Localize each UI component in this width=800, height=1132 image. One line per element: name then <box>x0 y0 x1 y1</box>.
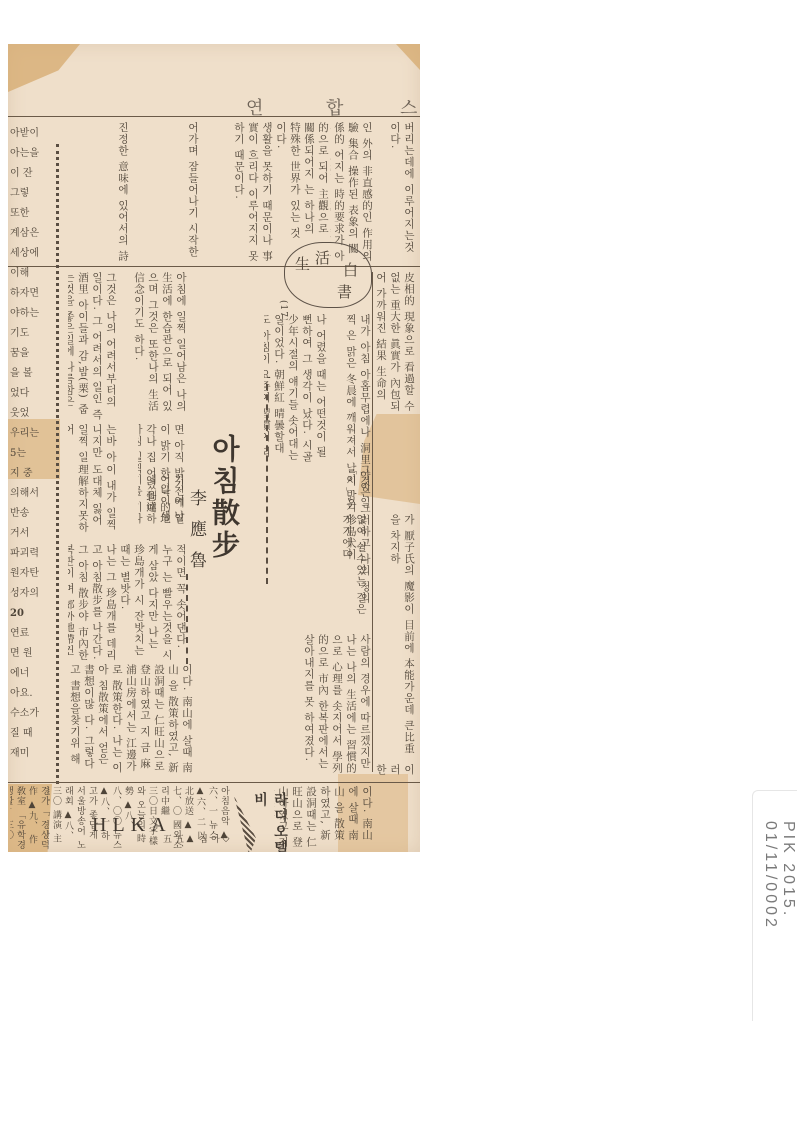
radio-entries-right: 아침음악 ▲六、一 뉴스 ▲六、二 以北放送 ▲七、〇 國외소리中繼 <box>158 786 230 850</box>
fragment: 아받이 <box>10 124 54 144</box>
tape-top-right <box>396 44 420 70</box>
fragment: 그렇 <box>10 184 54 204</box>
badge-char: 書 <box>337 281 352 302</box>
left-edge-fragments: 아받이 아는을 이 잔 그렇 또한 계삼은 세상에 이해 하자면 야하는 기도 … <box>10 124 54 784</box>
fragment: 아는을 <box>10 144 54 164</box>
fragment: 세상에 <box>10 244 54 264</box>
masthead-char: 연 <box>246 94 265 120</box>
section-rule <box>8 782 420 783</box>
column-text: 이다. 南山에 살때 南山 을 散策하였고, 新設洞때는 仁旺山으로 登山하였고… <box>274 786 374 850</box>
article-title: 아침散步 <box>204 434 244 562</box>
column-text: 버리는데에 이루어지는것이다. <box>374 122 416 262</box>
radio-entry: 三〇日文字樣와 오늘의 時勢 ▲八、 <box>123 786 157 846</box>
fragment: 을 볼 <box>10 364 54 384</box>
column-text: 사람의 경우에 따르겠지만 나는 나의 生活에는 習慣的으로 心理를 솟지어서 … <box>196 634 372 774</box>
fragment: 면 원 <box>10 644 54 664</box>
column-text: 는바 아니지만 일찍 일어 <box>68 424 118 464</box>
fragment: 우리는 <box>10 424 54 444</box>
fragment: 5는 <box>10 444 54 464</box>
column-text: 진정한 意味에 있어서의 詩 <box>66 122 130 262</box>
fragment: 원자탄 <box>10 564 54 584</box>
tape-top-left <box>8 44 80 92</box>
column-text: 인 外의 非直感的인 作用의 驗 集合 操作된 表象의 關係的 어지는 時的要求… <box>330 122 374 262</box>
fragment: 질 때 <box>10 724 54 744</box>
badge-char: 白 <box>343 259 358 280</box>
column-text: 없이 쉴수있는 길은 거기에다 <box>308 514 368 624</box>
fragment: 연료 <box>10 624 54 644</box>
column-text: 的으로 되어 主觀으로 關係되어지 는 하나의 特殊한 世界가 있는 것이다. <box>276 122 330 242</box>
fragment: 20 <box>10 604 54 624</box>
fragment: 파괴력 <box>10 544 54 564</box>
column-border-dotted <box>56 144 63 784</box>
radio-entries-left: 경가「 경상덕作 ▲九、 作敎室 「유학경생활」 三〇 方 연속극 「세 <box>10 786 50 850</box>
newspaper-clipping: 연 합 스 버리는데에 이루어지는것이다. 인 外의 非直感的인 作用의 驗 集… <box>8 44 420 852</box>
article-title-block: 아침散步 李應魯 <box>184 434 258 634</box>
column-text: 이다. 南山에 살때 南山 을 散策하였고, 新設洞때는 仁旺山으로 登山하였고… <box>68 664 194 774</box>
fragment: 재미 <box>10 744 54 764</box>
fragment: 기도 <box>10 324 54 344</box>
archive-label-text: PIK 2015. 01/11/0002 <box>761 821 797 1021</box>
column-text: 적이면 꼭 솟어댄다. 누구 는 빨우는것을 시게 삼았 다지만 나는 珍島개가… <box>118 544 188 664</box>
column-text: 어가며 잠들어나기 시작한 <box>132 122 200 262</box>
archive-label: PIK 2015. 01/11/0002 <box>752 790 797 1021</box>
fragment: 지 중 <box>10 464 54 484</box>
fragment: 또한 <box>10 204 54 224</box>
fragment: 수소가 <box>10 704 54 724</box>
column-text: 나 어렸을 때는 어떤것이 될뻔하여 그 생각이 났다. 시골 少年시절의 얘기… <box>264 314 328 464</box>
column-text: 그것은 나의 어려서부터의 일이다. 그 어려서의 일인 즉 酒里 아이들과 감… <box>68 272 118 422</box>
column-text: 가 厭子氏의 魔影이 目前에 本能가운데 큰比重을 차지하 <box>376 514 416 764</box>
column-text: 이 내가 일찍 도대체 잃어 理解하지못하 <box>68 464 118 534</box>
fragment: 꿈을 <box>10 344 54 364</box>
column-text: 아침에 일찍 일어남은 나의 生活에 한습관으로 되어 있으며 그것은 또한나의… <box>118 272 188 422</box>
column-rule <box>372 272 373 772</box>
column-badge-life-white-paper: 生 活 白 書 <box>284 242 372 308</box>
badge-char: 活 <box>315 247 330 268</box>
fragment: 이 잔 <box>10 164 54 184</box>
fragment: 하자면 <box>10 284 54 304</box>
masthead-char: 스 <box>400 94 419 120</box>
column-text: 이러한境遇에 나는 人間의 <box>374 764 416 784</box>
fragment: 반송 <box>10 504 54 524</box>
fragment: 었다 <box>10 384 54 404</box>
fragment: 야하는 <box>10 304 54 324</box>
fragment: 성자의 <box>10 584 54 604</box>
fragment: 거서 <box>10 524 54 544</box>
masthead-char: 합 <box>326 94 345 120</box>
masthead: 연 합 스 <box>8 96 420 117</box>
column-text: 皮相的 現象으로 看過할 수없는 重大한 眞實가 內包되어 가까워진 結果 生命… <box>376 272 416 412</box>
column-text: 기전에 일어나 的地에 到達하 기를 기다리곤 났다. <box>138 474 186 534</box>
radio-tv-logo: 라디오텔레비 <box>234 792 270 852</box>
column-text: 생활을 못하기 때문이나 事實이 흐리다 이루어지지 못하기 때문이다. <box>202 122 274 262</box>
fragment: 웃었 <box>10 404 54 424</box>
badge-char: 生 <box>295 253 310 274</box>
radio-entries-middle: 三〇日文字樣와 오늘의 時勢 ▲八、 八、〇〇 뉴스 ▲八、一 하고가 좋답게 … <box>48 786 158 850</box>
fragment: 이해 <box>10 264 54 284</box>
fragment: 계삼은 <box>10 224 54 244</box>
fragment: 의해서 <box>10 484 54 504</box>
fragment: 아요. <box>10 684 54 704</box>
fragment: 에너 <box>10 664 54 684</box>
title-frame-right <box>266 384 268 584</box>
column-text: 나는 그 珍島개를 데리 고 아침散步를 나간다. 그 아침 散步야 市內한복판… <box>68 544 118 664</box>
